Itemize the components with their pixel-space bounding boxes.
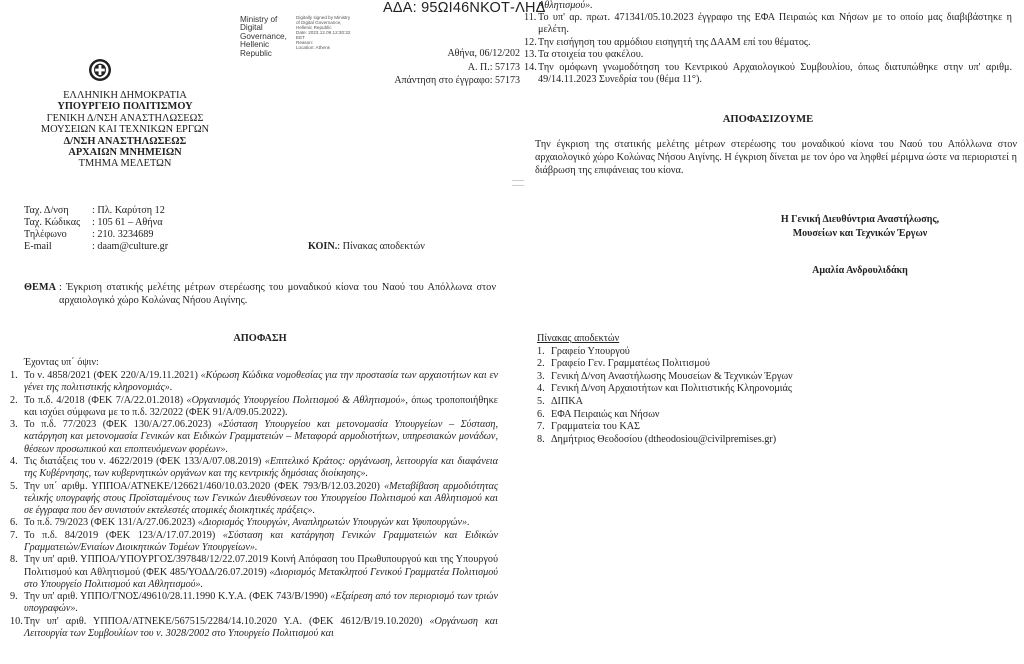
item-title-italic: «Οργανισμός Υπουργείου Πολιτισμού & Αθλη… <box>186 395 405 406</box>
consideration-item: 4.Τις διατάξεις του ν. 4622/2019 (ΦΕΚ 13… <box>10 456 498 480</box>
item-plain: Το π.δ. 84/2019 (ΦΕΚ 123/Α/17.07.2019) <box>24 530 223 541</box>
contact-label: Ταχ. Δ/νση <box>24 205 92 217</box>
sig-detail: Location: Athens <box>296 45 356 50</box>
item-text: Το π.δ. 4/2018 (ΦΕΚ 7/Α/22.01.2018) «Οργ… <box>24 395 498 419</box>
subject-text: : Έγκριση στατικής μελέτης μέτρων στερέω… <box>56 281 496 307</box>
date-protocol-block: Αθήνα, 06/12/202 Α. Π.: 57173 Απάντηση σ… <box>394 47 520 88</box>
recipients-heading: Πίνακας αποδεκτών <box>537 333 793 346</box>
org-line: ΓΕΝΙΚΗ Δ/ΝΣΗ ΑΝΑΣΤΗΛΩΣΕΩΣ <box>0 113 250 124</box>
recipient-name: Γενική Δ/νση Αναστήλωσης Μουσείων & Τεχν… <box>551 371 793 384</box>
subject: ΘΕΜΑ : Έγκριση στατικής μελέτης μέτρων σ… <box>24 281 496 307</box>
item-plain: Το π.δ. 4/2018 (ΦΕΚ 7/Α/22.01.2018) <box>24 395 186 406</box>
consideration-item: 14.Την ομόφωνη γνωμοδότηση του Κεντρικού… <box>524 62 1012 86</box>
greek-coat-of-arms-icon <box>88 58 112 82</box>
contact-row: Ταχ. Κώδικας: 105 61 – Αθήνα <box>24 217 168 229</box>
item-number: 13. <box>524 49 538 61</box>
item-number: 2. <box>10 395 24 419</box>
koin-value: : Πίνακας αποδεκτών <box>337 241 425 252</box>
item-plain: Την εισήγηση του αρμόδιου εισηγητή της Δ… <box>538 37 811 48</box>
item-number: 7. <box>10 530 24 554</box>
contact-label: E-mail <box>24 241 92 253</box>
considerations-list-continued: Αθλητισμού». 11.Το υπ' αρ. πρωτ. 471341/… <box>524 0 1012 86</box>
recipient-name: Γραμματεία του ΚΑΣ <box>551 421 640 434</box>
consideration-item: 2.Το π.δ. 4/2018 (ΦΕΚ 7/Α/22.01.2018) «Ο… <box>10 395 498 419</box>
resolution-text: Την έγκριση της στατικής μελέτης μέτρων … <box>535 138 1017 178</box>
recipient-number: 2. <box>537 358 551 371</box>
digital-signature-signer: Ministry of Digital Governance, Hellenic… <box>240 16 300 58</box>
contact-label: Ταχ. Κώδικας <box>24 217 92 229</box>
item-plain: Το π.δ. 77/2023 (ΦΕΚ 130/Α/27.06.2023) <box>24 419 218 430</box>
item-plain: Την υπ' αριθ. ΥΠΠΟΑ/ΑΤΝΕΚΕ/567515/2284/1… <box>24 616 429 627</box>
org-line: ΜΟΥΣΕΙΩΝ ΚΑΙ ΤΕΧΝΙΚΩΝ ΕΡΓΩΝ <box>0 124 250 135</box>
item-text: Τις διατάξεις του ν. 4622/2019 (ΦΕΚ 133/… <box>24 456 498 480</box>
item-number: 9. <box>10 591 24 615</box>
issuing-organization: ΕΛΛΗΝΙΚΗ ΔΗΜΟΚΡΑΤΙΑ ΥΠΟΥΡΓΕΙΟ ΠΟΛΙΤΙΣΜΟΥ… <box>0 90 250 170</box>
subject-label: ΘΕΜΑ <box>24 281 56 307</box>
org-line: Δ/ΝΣΗ ΑΝΑΣΤΗΛΩΣΕΩΣ <box>0 136 250 147</box>
item-title-italic: «Διορισμός Υπουργών, Αναπληρωτών Υπουργώ… <box>198 517 470 528</box>
item-text: Το π.δ. 77/2023 (ΦΕΚ 130/Α/27.06.2023) «… <box>24 419 498 456</box>
item-text: Την υπ' αριθ. ΥΠΠΟΑ/ΥΠΟΥΡΓΟΣ/397848/12/2… <box>24 554 498 591</box>
consideration-item: 7.Το π.δ. 84/2019 (ΦΕΚ 123/Α/17.07.2019)… <box>10 530 498 554</box>
email-link[interactable]: : daam@culture.gr <box>92 241 168 253</box>
date-line: Αθήνα, 06/12/202 <box>394 47 520 61</box>
recipient-name: Γενική Δ/νση Αρχαιοτήτων και Πολιτιστική… <box>551 383 792 396</box>
item-number: 6. <box>10 517 24 529</box>
recipient-number: 3. <box>537 371 551 384</box>
consideration-item: 3.Το π.δ. 77/2023 (ΦΕΚ 130/Α/27.06.2023)… <box>10 419 498 456</box>
item-number: 8. <box>10 554 24 591</box>
sig-line: Hellenic Republic <box>240 41 300 58</box>
item-number: 3. <box>10 419 24 456</box>
recipients-table: Πίνακας αποδεκτών 1.Γραφείο Υπουργού2.Γρ… <box>537 333 793 446</box>
item-number: 11. <box>524 12 538 36</box>
item-plain: Την υπ΄ αριθμ. ΥΠΠΟΑ/ΑΤΝΕΚΕ/126621/460/1… <box>24 481 384 492</box>
continuation-text: Αθλητισμού». <box>524 0 1012 12</box>
item-text: Το π.δ. 79/2023 (ΦΕΚ 131/Α/27.06.2023) «… <box>24 517 498 529</box>
continuation-italic: Αθλητισμού». <box>538 0 593 11</box>
consideration-item: 6.Το π.δ. 79/2023 (ΦΕΚ 131/Α/27.06.2023)… <box>10 517 498 529</box>
recipient-item: 5.ΔΙΠΚΑ <box>537 396 793 409</box>
item-text: Την υπ΄ αριθμ. ΥΠΠΟΑ/ΑΤΝΕΚΕ/126621/460/1… <box>24 481 498 518</box>
recipient-item: 3.Γενική Δ/νση Αναστήλωσης Μουσείων & Τε… <box>537 371 793 384</box>
reply-reference: Απάντηση στο έγγραφο: 57173 <box>394 74 520 88</box>
item-plain: Το υπ' αρ. πρωτ. 471341/05.10.2023 έγγρα… <box>538 12 1012 35</box>
signer-title-line: Η Γενική Διευθύντρια Αναστήλωσης, <box>700 213 1020 227</box>
item-plain: Την ομόφωνη γνωμοδότηση του Κεντρικού Αρ… <box>538 62 1012 85</box>
signer-name: Αμαλία Ανδρουλιδάκη <box>700 265 1020 276</box>
consideration-item: 10.Την υπ' αριθ. ΥΠΠΟΑ/ΑΤΝΕΚΕ/567515/228… <box>10 616 498 640</box>
recipient-name: ΕΦΑ Πειραιώς και Νήσων <box>551 409 660 422</box>
considerations-list: 1.Το ν. 4858/2021 (ΦΕΚ 220/Α/19.11.2021)… <box>10 370 498 640</box>
item-text: Την υπ' αριθ. ΥΠΠΟ/ΓΝΟΣ/49610/28.11.1990… <box>24 591 498 615</box>
recipient-name: Δημήτριος Θεοδοσίου (dtheodosiou@civilpr… <box>551 434 776 447</box>
item-plain: Τα στοιχεία του φακέλου. <box>538 49 643 60</box>
contact-value: : Πλ. Καρύτση 12 <box>92 205 165 217</box>
consideration-item: 11.Το υπ' αρ. πρωτ. 471341/05.10.2023 έγ… <box>524 12 1012 36</box>
contact-label: Τηλέφωνο <box>24 229 92 241</box>
item-text: Την ομόφωνη γνωμοδότηση του Κεντρικού Αρ… <box>538 62 1012 86</box>
recipient-name: Γραφείο Γεν. Γραμματέως Πολιτισμού <box>551 358 710 371</box>
consideration-item: 13.Τα στοιχεία του φακέλου. <box>524 49 1012 61</box>
item-plain: Τις διατάξεις του ν. 4622/2019 (ΦΕΚ 133/… <box>24 456 265 467</box>
contact-row: E-mail: daam@culture.gr <box>24 241 168 253</box>
item-number: 10. <box>10 616 24 640</box>
consideration-item: 12.Την εισήγηση του αρμόδιου εισηγητή τη… <box>524 37 1012 49</box>
koin-label: ΚΟΙΝ. <box>308 241 337 252</box>
recipient-number: 7. <box>537 421 551 434</box>
consideration-item: 8.Την υπ' αριθ. ΥΠΠΟΑ/ΥΠΟΥΡΓΟΣ/397848/12… <box>10 554 498 591</box>
considerations-intro: Έχοντας υπ΄ όψιν: <box>24 357 99 368</box>
recipient-item: 6.ΕΦΑ Πειραιώς και Νήσων <box>537 409 793 422</box>
item-plain: Την υπ' αριθ. ΥΠΠΟ/ΓΝΟΣ/49610/28.11.1990… <box>24 591 330 602</box>
recipient-number: 5. <box>537 396 551 409</box>
org-line: ΑΡΧΑΙΩΝ ΜΝΗΜΕΙΩΝ <box>0 147 250 158</box>
item-text: Την υπ' αριθ. ΥΠΠΟΑ/ΑΤΝΕΚΕ/567515/2284/1… <box>24 616 498 640</box>
recipient-item: 7.Γραμματεία του ΚΑΣ <box>537 421 793 434</box>
consideration-item: 9.Την υπ' αριθ. ΥΠΠΟ/ΓΝΟΣ/49610/28.11.19… <box>10 591 498 615</box>
recipient-number: 8. <box>537 434 551 447</box>
item-plain: Το π.δ. 79/2023 (ΦΕΚ 131/Α/27.06.2023) <box>24 517 198 528</box>
contact-value: : 210. 3234689 <box>92 229 153 241</box>
signer-title: Η Γενική Διευθύντρια Αναστήλωσης, Μουσεί… <box>700 213 1020 240</box>
org-line: ΥΠΟΥΡΓΕΙΟ ΠΟΛΙΤΙΣΜΟΥ <box>0 101 250 112</box>
digital-signature-details: Digitally signed by Ministry of Digital … <box>296 15 356 50</box>
sig-detail: Date: 2023.12.06 12:30:32 <box>296 30 356 35</box>
ada-code: ΑΔΑ: 95ΩΙ46ΝΚΟΤ-ΛΗΔ <box>383 0 546 16</box>
consideration-item: 5.Την υπ΄ αριθμ. ΥΠΠΟΑ/ΑΤΝΕΚΕ/126621/460… <box>10 481 498 518</box>
signer-title-line: Μουσείων και Τεχνικών Έργων <box>700 227 1020 241</box>
contact-info: Ταχ. Δ/νση: Πλ. Καρύτση 12 Ταχ. Κώδικας:… <box>24 205 168 253</box>
contact-value: : 105 61 – Αθήνα <box>92 217 163 229</box>
decision-title: ΑΠΟΦΑΣΗ <box>0 333 520 344</box>
recipient-number: 1. <box>537 346 551 359</box>
sig-line: Ministry of Digital <box>240 16 300 33</box>
item-text: Την εισήγηση του αρμόδιου εισηγητή της Δ… <box>538 37 1012 49</box>
item-number: 1. <box>10 370 24 394</box>
item-text: Το π.δ. 84/2019 (ΦΕΚ 123/Α/17.07.2019) «… <box>24 530 498 554</box>
consideration-item: 1.Το ν. 4858/2021 (ΦΕΚ 220/Α/19.11.2021)… <box>10 370 498 394</box>
item-number: 14. <box>524 62 538 86</box>
org-line: ΕΛΛΗΝΙΚΗ ΔΗΜΟΚΡΑΤΙΑ <box>0 90 250 101</box>
recipient-name: ΔΙΠΚΑ <box>551 396 583 409</box>
item-text: Το ν. 4858/2021 (ΦΕΚ 220/Α/19.11.2021) «… <box>24 370 498 394</box>
contact-row: Τηλέφωνο: 210. 3234689 <box>24 229 168 241</box>
contact-row: Ταχ. Δ/νση: Πλ. Καρύτση 12 <box>24 205 168 217</box>
item-number: 4. <box>10 456 24 480</box>
item-plain: Το ν. 4858/2021 (ΦΕΚ 220/Α/19.11.2021) <box>24 370 201 381</box>
recipient-number: 6. <box>537 409 551 422</box>
recipient-name: Γραφείο Υπουργού <box>551 346 630 359</box>
protocol-number: Α. Π.: 57173 <box>394 61 520 75</box>
page-divider-mark <box>512 180 524 186</box>
koin-recipients-note: ΚΟΙΝ.: Πίνακας αποδεκτών <box>308 241 425 252</box>
recipient-number: 4. <box>537 383 551 396</box>
recipient-item: 8.Δημήτριος Θεοδοσίου (dtheodosiou@civil… <box>537 434 793 447</box>
resolution-title: ΑΠΟΦΑΣΙΖΟΥΜΕ <box>524 114 1012 125</box>
item-number: 5. <box>10 481 24 518</box>
recipient-item: 2.Γραφείο Γεν. Γραμματέως Πολιτισμού <box>537 358 793 371</box>
org-line: ΤΜΗΜΑ ΜΕΛΕΤΩΝ <box>0 158 250 169</box>
item-text: Τα στοιχεία του φακέλου. <box>538 49 1012 61</box>
item-number: 12. <box>524 37 538 49</box>
recipient-item: 4.Γενική Δ/νση Αρχαιοτήτων και Πολιτιστι… <box>537 383 793 396</box>
recipient-item: 1.Γραφείο Υπουργού <box>537 346 793 359</box>
item-text: Το υπ' αρ. πρωτ. 471341/05.10.2023 έγγρα… <box>538 12 1012 36</box>
